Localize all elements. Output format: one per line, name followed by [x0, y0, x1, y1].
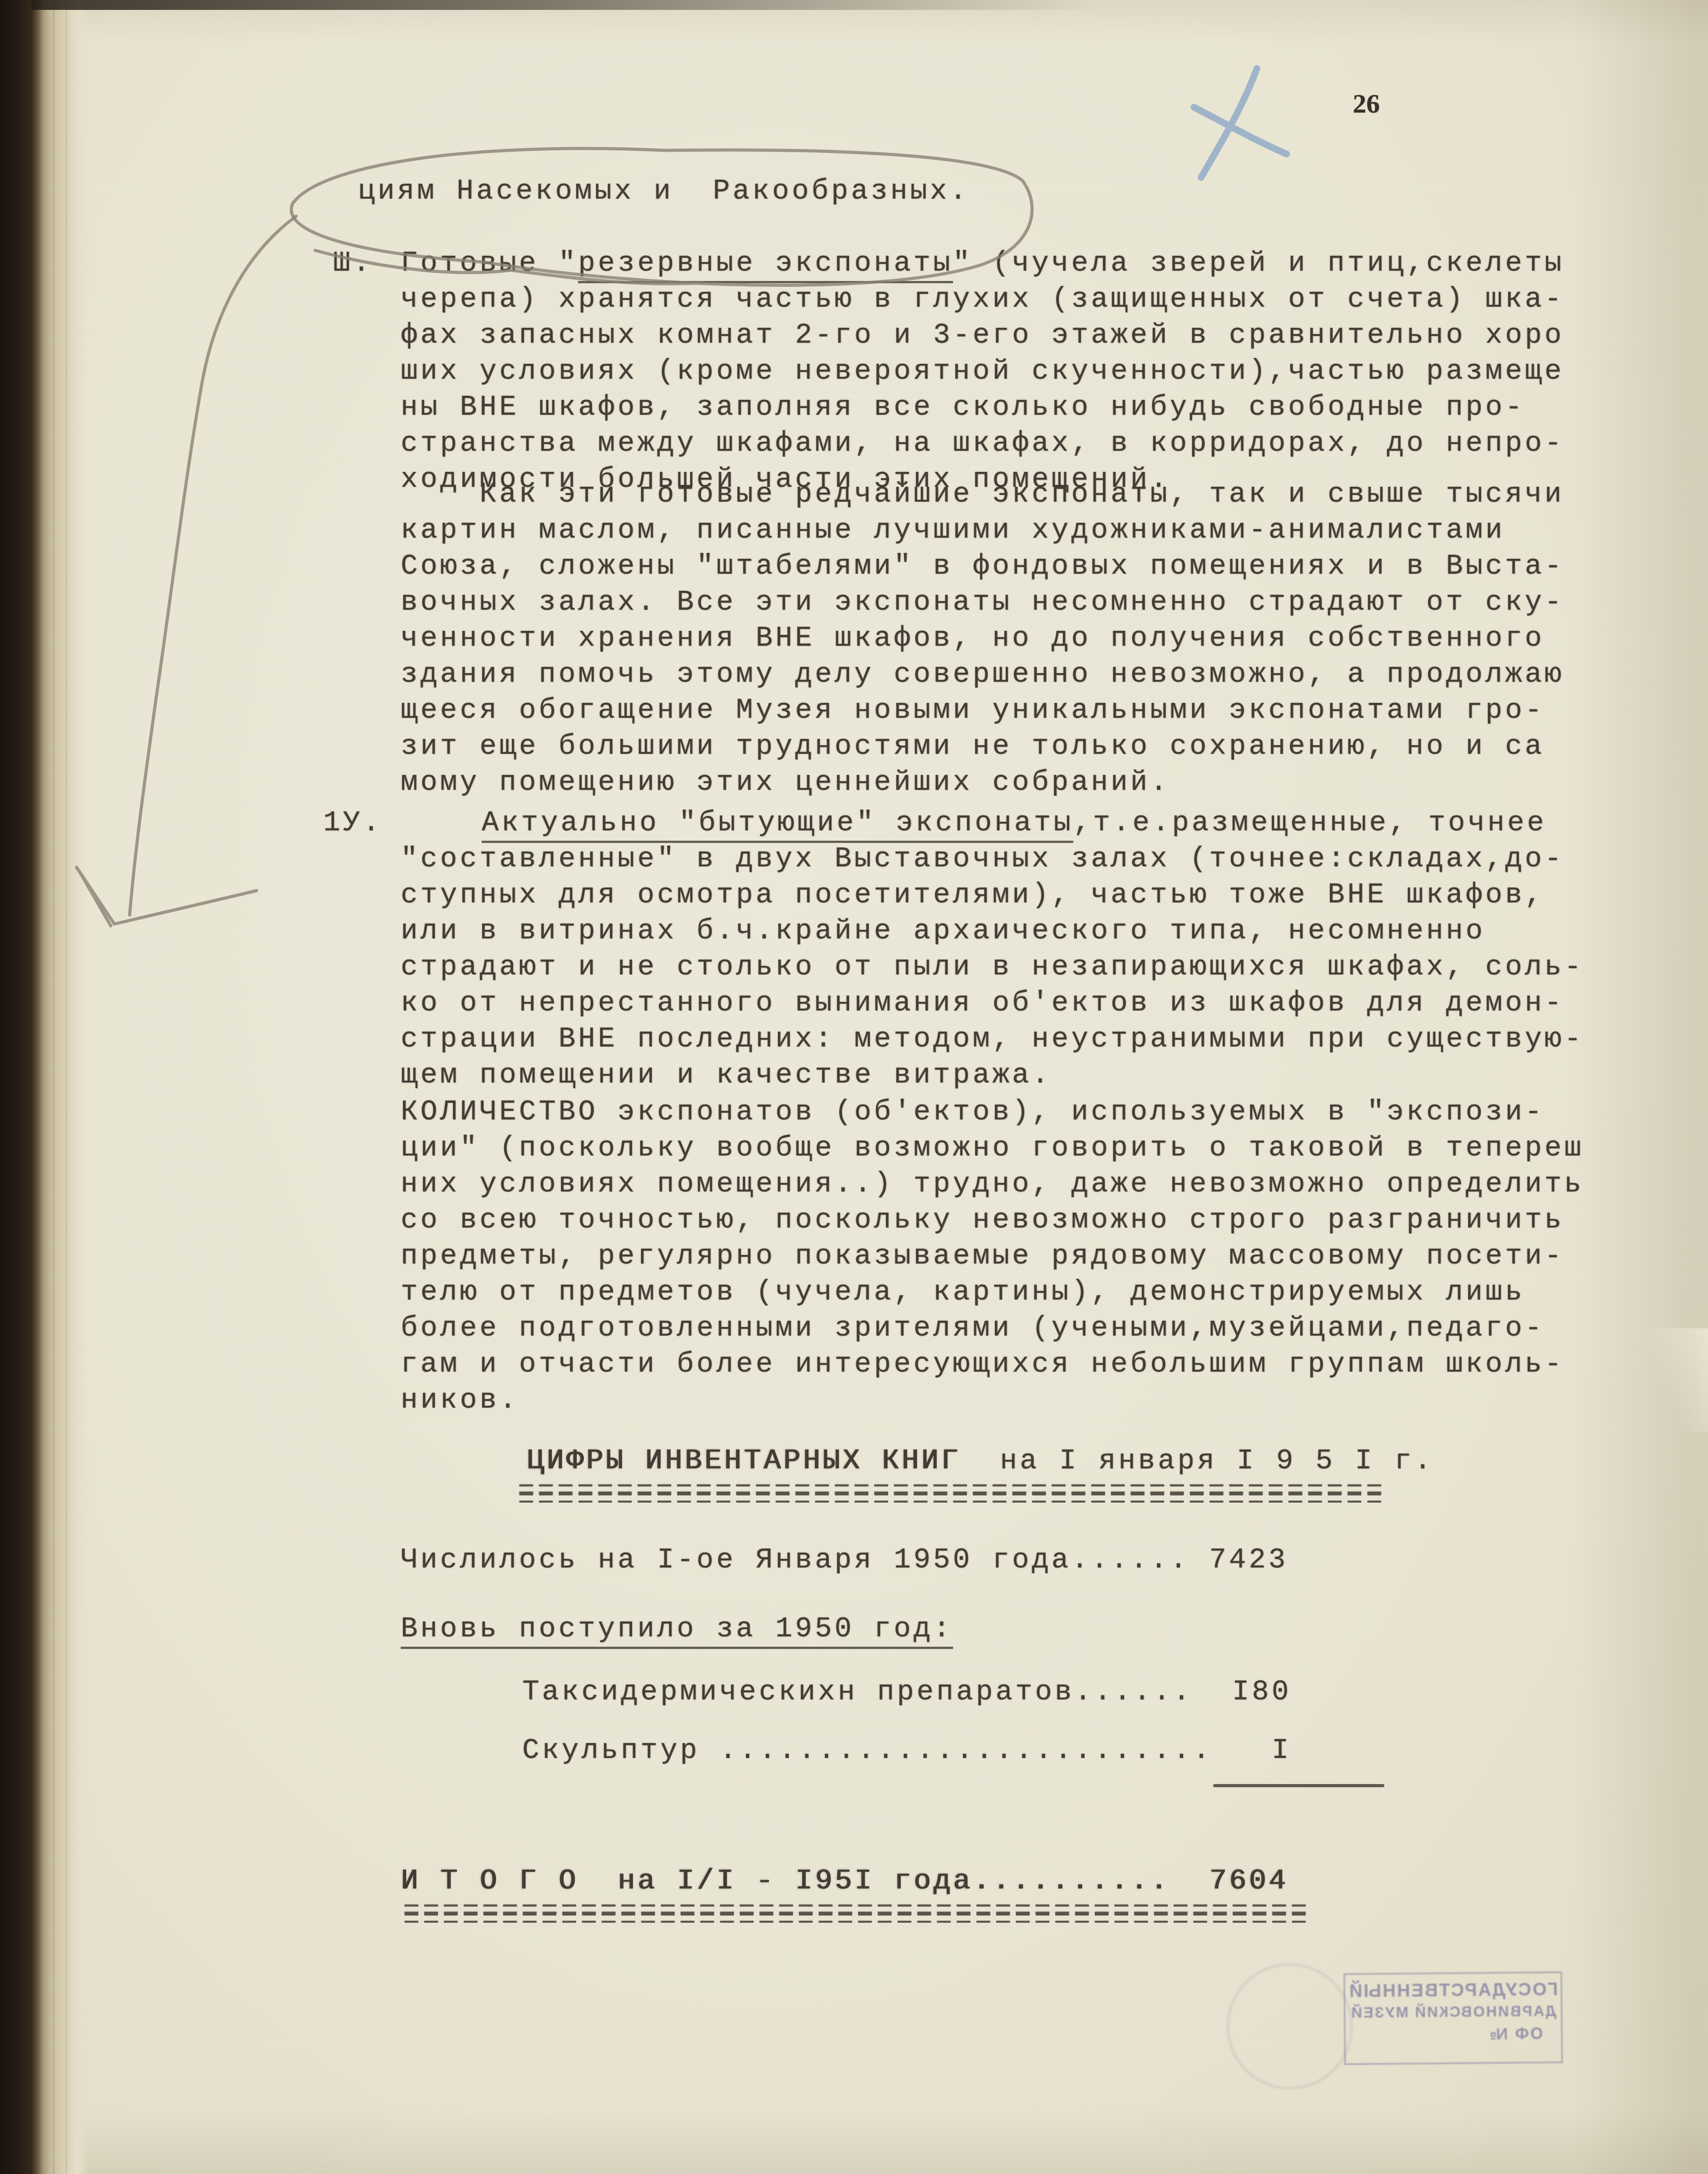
page-edge-line	[66, 0, 67, 2174]
subhead-new-arrivals: Вновь поступило за 1950 год:	[401, 1611, 953, 1647]
section-iii-text: черепа) хранятся частью в глухих (защище…	[401, 281, 1625, 498]
row-opening-balance: Числилось на I-ое Января 1950 года......…	[401, 1542, 1288, 1578]
museum-stamp: ГОСУДАРСТВЕННЫЙ ДАРВИНОВСКИЙ МУЗЕЙ ОФ №	[1343, 1971, 1563, 2065]
row-sculpture: Скульптур ......................... I	[522, 1733, 1291, 1769]
stamp-line-1: ГОСУДАРСТВЕННЫЙ	[1345, 1979, 1560, 2002]
page-number: 26	[1353, 88, 1380, 119]
section-iii-line1-suffix: " (чучела зверей и птиц,скелеты	[953, 247, 1564, 279]
inventory-title-main: ЦИФРЫ ИНВЕНТАРНЫХ КНИГ	[527, 1445, 961, 1477]
stamp-line-3: ОФ №	[1346, 2024, 1561, 2045]
inventory-title-date: на I января I 9 5 I г.	[961, 1445, 1434, 1477]
scanned-typewritten-page: 26 циям Насекомых и Ракообразных. Ш. Гот…	[0, 0, 1708, 2174]
subtotal-rule	[1213, 1784, 1384, 1787]
opening-line: циям Насекомых и Ракообразных.	[358, 173, 969, 209]
section-iv-line1: Актуально "бытующие" экспонаты,т.е.разме…	[482, 805, 1547, 841]
quantity-paragraph: КОЛИЧЕСТВО экспонатов (об'ектов), исполь…	[401, 1094, 1625, 1418]
paintings-paragraph: Как эти готовые редчайшие экспонаты, так…	[401, 476, 1625, 801]
section-iii-line1-prefix: Готовые "	[401, 247, 578, 279]
row-taxidermy: Таксидермическихн препаратов...... I80	[522, 1674, 1291, 1710]
section-iii-underlined-phrase: резервные экспонаты	[578, 247, 953, 283]
total-rule: ========================================…	[403, 1893, 1310, 1929]
section-iv-line1-suffix: ,т.е.размещенные, точнее	[1073, 807, 1546, 839]
section-iv-underlined-phrase: Актуально "бытующие" экспонаты	[482, 807, 1073, 843]
right-edge-tear	[1636, 1328, 1708, 1432]
blue-x-mark-icon	[1194, 68, 1287, 177]
page-edge-line	[53, 0, 54, 2174]
round-stamp-trace	[1227, 1963, 1353, 2089]
pencil-arrow-icon	[77, 216, 296, 926]
stamp-line-2: ДАРВИНОВСКИЙ МУЗЕЙ	[1346, 2002, 1561, 2021]
section-iv-text: "составленные" в двух Выставочных залах …	[401, 841, 1625, 1093]
section-iv-marker: 1У.	[323, 805, 382, 841]
section-iii-marker: Ш.	[333, 245, 373, 281]
top-page-shadow	[32, 0, 1157, 10]
section-iii-line1: Готовые "резервные экспонаты" (чучела зв…	[401, 245, 1564, 281]
book-binding-edge	[0, 0, 90, 2174]
subhead-new-arrivals-text: Вновь поступило за 1950 год:	[401, 1613, 953, 1649]
inventory-title-rule: ========================================…	[518, 1473, 1385, 1509]
